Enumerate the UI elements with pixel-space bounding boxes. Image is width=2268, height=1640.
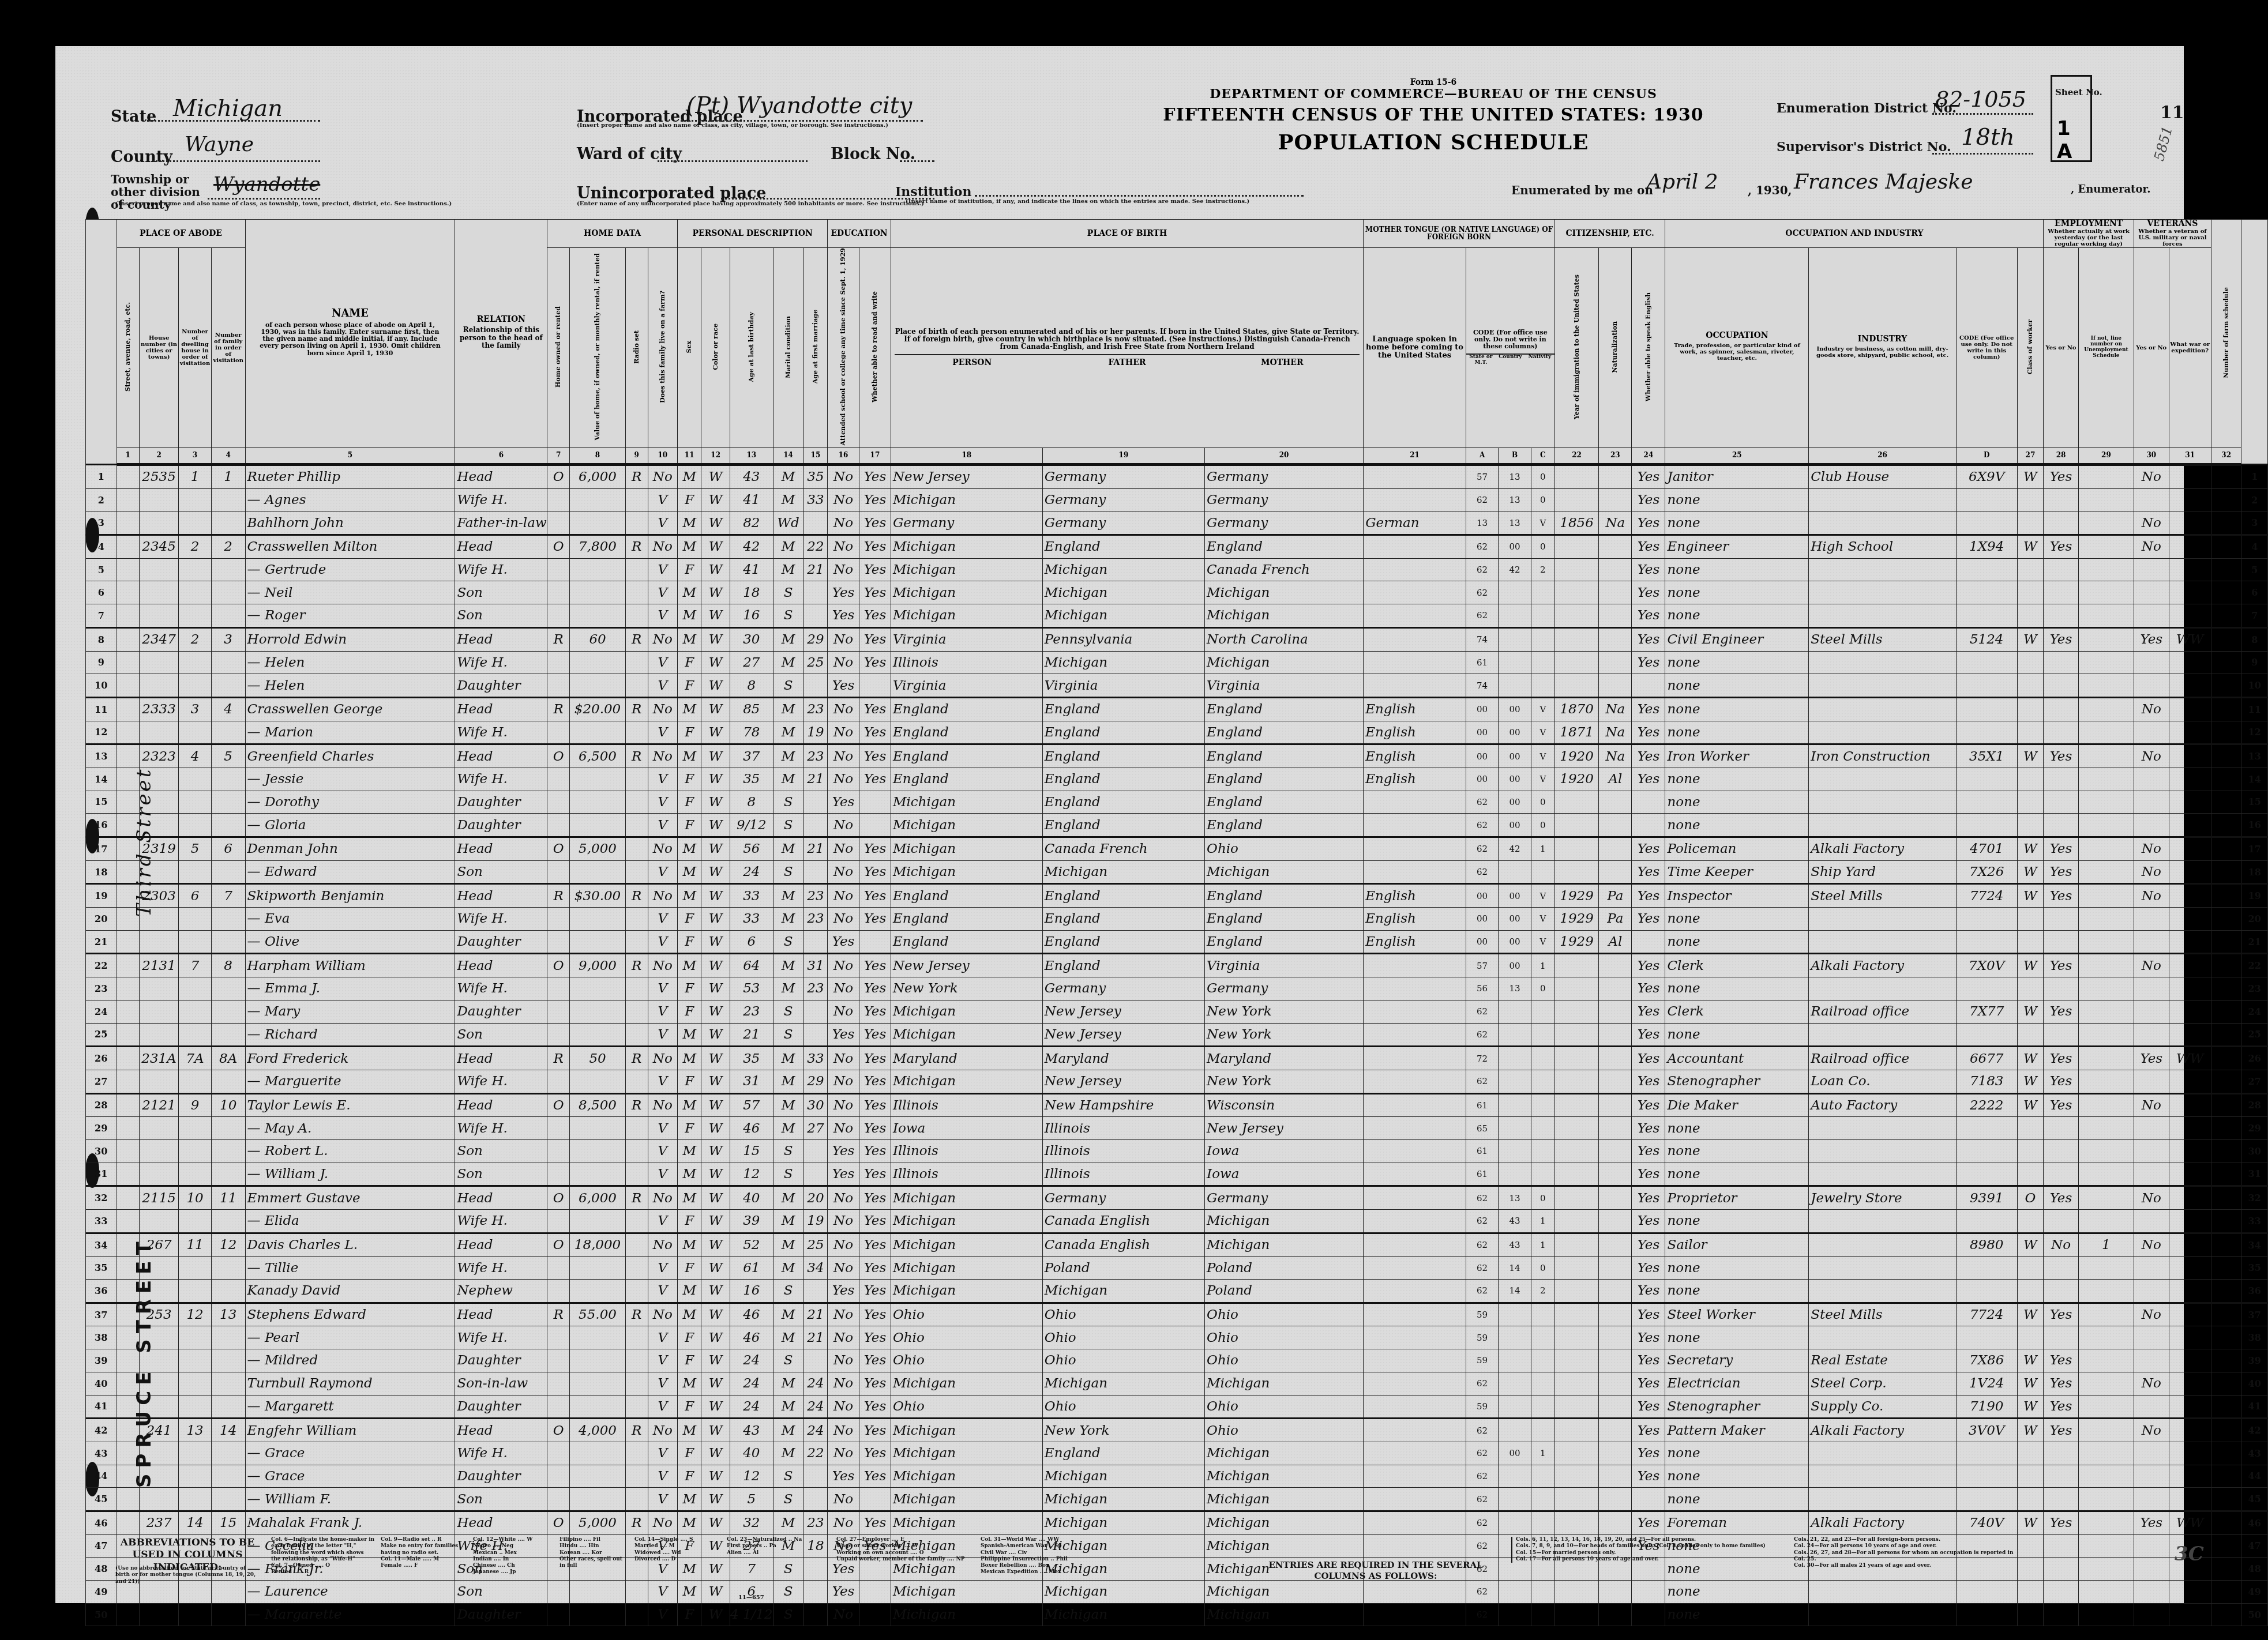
immigration-year-cell [1554, 535, 1598, 559]
code-b-cell: 00 [1499, 721, 1531, 744]
dwelling-number-cell [179, 1372, 211, 1395]
school-cell: No [828, 977, 859, 1000]
first-marriage-cell: 24 [803, 1419, 828, 1442]
language-cell [1364, 1280, 1466, 1303]
veteran-cell: No [2134, 954, 2169, 977]
code-c-cell: 0 [1531, 977, 1554, 1000]
mother-birthplace-cell: Michigan [1205, 860, 1364, 884]
code-a-cell: 62 [1466, 1603, 1498, 1626]
street-cell [117, 954, 139, 977]
class-of-worker-cell: W [2017, 1395, 2044, 1419]
farm-schedule-cell [2211, 465, 2241, 489]
first-marriage-cell: 23 [803, 744, 828, 768]
radio-cell [625, 977, 648, 1000]
name-cell: — Mildred [245, 1349, 455, 1372]
at-work-cell: Yes [2044, 1349, 2079, 1372]
language-cell [1364, 1070, 1466, 1093]
mother-birthplace-cell: Ohio [1205, 1326, 1364, 1349]
birthplace-cell: Michigan [891, 1511, 1042, 1534]
class-of-worker-cell: W [2017, 744, 2044, 768]
occupation-cell: none [1665, 1326, 1809, 1349]
code-c-cell [1531, 581, 1554, 604]
right-line-number: 26 [2241, 1047, 2268, 1070]
mother-birthplace-cell: Maryland [1205, 1047, 1364, 1070]
read-write-cell: Yes [859, 1395, 891, 1419]
industry-cell: High School [1809, 535, 1957, 559]
right-line-number: 25 [2241, 1023, 2268, 1047]
war-cell [2169, 674, 2211, 698]
relation-cell: Daughter [455, 814, 547, 837]
school-cell: No [828, 814, 859, 837]
read-write-cell: Yes [859, 1280, 891, 1303]
name-cell: Stephens Edward [245, 1303, 455, 1326]
sex-cell: M [677, 1511, 701, 1534]
home-owned-cell [547, 651, 570, 674]
birthplace-cell: New York [891, 977, 1042, 1000]
first-marriage-cell [803, 814, 828, 837]
age-cell: 16 [730, 1280, 773, 1303]
sex-cell: F [677, 674, 701, 698]
race-cell: W [701, 465, 730, 489]
home-owned-cell [547, 1395, 570, 1419]
class-of-worker-cell [2017, 581, 2044, 604]
home-value-cell: $30.00 [570, 884, 626, 908]
read-write-cell: Yes [859, 837, 891, 861]
mother-birthplace-cell: Michigan [1205, 1511, 1364, 1534]
race-cell: W [701, 1349, 730, 1372]
race-cell: W [701, 1465, 730, 1488]
unemployment-line-cell [2078, 1442, 2134, 1465]
naturalization-cell [1599, 1023, 1632, 1047]
relation-cell: Head [455, 697, 547, 721]
naturalization-cell [1599, 674, 1632, 698]
occ-code-cell [1956, 674, 2017, 698]
radio-cell [625, 930, 648, 954]
place-of-abode-header: PLACE OF ABODE [117, 220, 245, 248]
industry-cell [1809, 1117, 1957, 1140]
unemployment-line-header: If not, line number on Unemployment Sche… [2078, 248, 2134, 448]
right-line-number: 19 [2241, 884, 2268, 908]
code-c-cell [1531, 1023, 1554, 1047]
code-b-cell [1499, 860, 1531, 884]
school-cell: No [828, 768, 859, 791]
speak-english-header: Whether able to speak English [1632, 248, 1665, 448]
read-write-cell: Yes [859, 768, 891, 791]
family-number-cell: 8A [211, 1047, 245, 1070]
farm-schedule-cell [2211, 651, 2241, 674]
naturalization-cell: Pa [1599, 908, 1632, 931]
class-of-worker-cell [2017, 1210, 2044, 1233]
farm-cell: V [648, 1372, 677, 1395]
naturalization-cell [1599, 1000, 1632, 1023]
veteran-cell [2134, 1210, 2169, 1233]
speak-english-cell: Yes [1632, 558, 1665, 581]
table-row: 14— JessieWife H.VFW35M21NoYesEnglandEng… [86, 768, 2268, 791]
birthplace-cell: Michigan [891, 1210, 1042, 1233]
code-a-cell: 61 [1466, 1093, 1498, 1117]
immigration-year-header: Year of immigration to the United States [1554, 248, 1598, 448]
veteran-yes-no-header: Yes or No [2134, 248, 2169, 448]
read-write-cell [859, 1488, 891, 1511]
birthplace-cell: Michigan [891, 535, 1042, 559]
marital-header: Marital condition [773, 248, 803, 448]
first-marriage-cell: 21 [803, 558, 828, 581]
read-write-cell: Yes [859, 558, 891, 581]
immigration-year-cell [1554, 604, 1598, 628]
radio-cell [625, 1000, 648, 1023]
line-number: 6 [86, 581, 117, 604]
occ-code-cell [1956, 1023, 2017, 1047]
industry-cell: Alkali Factory [1809, 954, 1957, 977]
mother-birthplace-cell: Germany [1205, 465, 1364, 489]
farm-cell: V [648, 674, 677, 698]
farm-schedule-cell [2211, 837, 2241, 861]
code-header: CODE (For office use only. Do not write … [1466, 248, 1554, 448]
sex-cell: M [677, 954, 701, 977]
occ-code-cell [1956, 1139, 2017, 1163]
right-line-number: 48 [2241, 1558, 2268, 1581]
language-header: Language spoken in home before coming to… [1364, 248, 1466, 448]
language-cell [1364, 954, 1466, 977]
read-write-cell [859, 1603, 891, 1626]
house-number-cell: 2131 [139, 954, 179, 977]
at-work-cell [2044, 814, 2079, 837]
table-row: 11233334Crasswellen GeorgeHeadR$20.00RNo… [86, 697, 2268, 721]
township-note: (Insert proper name and also name of cla… [115, 201, 452, 207]
industry-cell [1809, 768, 1957, 791]
farm-schedule-cell [2211, 721, 2241, 744]
table-row: 16— GloriaDaughterVFW9/12SNoMichiganEngl… [86, 814, 2268, 837]
war-cell [2169, 535, 2211, 559]
age-cell: 24 [730, 1372, 773, 1395]
farm-schedule-cell [2211, 1163, 2241, 1186]
relation-cell: Head [455, 1186, 547, 1210]
right-line-number: 50 [2241, 1603, 2268, 1626]
sex-cell: F [677, 1117, 701, 1140]
name-cell: Harpham William [245, 954, 455, 977]
birthplace-cell: Michigan [891, 791, 1042, 814]
farm-cell: V [648, 1023, 677, 1047]
right-line-number: 37 [2241, 1303, 2268, 1326]
language-cell [1364, 1372, 1466, 1395]
at-work-cell [2044, 1442, 2079, 1465]
code-b-cell [1499, 1303, 1531, 1326]
radio-cell: R [625, 884, 648, 908]
home-value-cell [570, 814, 626, 837]
war-cell [2169, 884, 2211, 908]
home-value-cell: 4,000 [570, 1419, 626, 1442]
right-line-number: 12 [2241, 721, 2268, 744]
class-of-worker-cell: W [2017, 627, 2044, 651]
read-write-cell: Yes [859, 651, 891, 674]
sex-cell: F [677, 1326, 701, 1349]
dwelling-number-cell [179, 1349, 211, 1372]
dwelling-number-cell [179, 1163, 211, 1186]
father-birthplace-cell: Michigan [1042, 558, 1204, 581]
unemployment-line-cell [2078, 1070, 2134, 1093]
mother-birthplace-cell: Michigan [1205, 1442, 1364, 1465]
enumerated-year: , 1930, [1748, 183, 1792, 197]
industry-cell: Railroad office [1809, 1000, 1957, 1023]
farm-schedule-cell [2211, 930, 2241, 954]
name-cell: Ford Frederick [245, 1047, 455, 1070]
father-birthplace-cell: New York [1042, 1419, 1204, 1442]
language-cell [1364, 1349, 1466, 1372]
street-cell [117, 1139, 139, 1163]
read-write-cell [859, 674, 891, 698]
dwelling-number-cell [179, 721, 211, 744]
census-title: FIFTEENTH CENSUS OF THE UNITED STATES: 1… [1058, 105, 1808, 125]
name-cell: — May A. [245, 1117, 455, 1140]
farm-cell: No [648, 837, 677, 861]
home-owned-cell [547, 1257, 570, 1280]
home-value-cell [570, 1442, 626, 1465]
speak-english-cell: Yes [1632, 535, 1665, 559]
industry-cell: Ship Yard [1809, 860, 1957, 884]
family-number-cell: 5 [211, 744, 245, 768]
home-value-cell [570, 721, 626, 744]
right-line-number: 10 [2241, 674, 2268, 698]
class-of-worker-cell [2017, 604, 2044, 628]
mother-birthplace-cell: England [1205, 721, 1364, 744]
father-birthplace-cell: New Jersey [1042, 1023, 1204, 1047]
first-marriage-cell [803, 674, 828, 698]
speak-english-cell: Yes [1632, 1000, 1665, 1023]
mother-birthplace-cell: Ohio [1205, 1395, 1364, 1419]
speak-english-cell: Yes [1632, 1117, 1665, 1140]
home-value-cell: $20.00 [570, 697, 626, 721]
at-work-cell [2044, 697, 2079, 721]
code-b-cell [1499, 1511, 1531, 1534]
language-cell [1364, 837, 1466, 861]
occ-code-cell [1956, 697, 2017, 721]
read-write-cell: Yes [859, 954, 891, 977]
birthplace-cell: Michigan [891, 1488, 1042, 1511]
home-value-cell [570, 1070, 626, 1093]
family-number-cell: 13 [211, 1303, 245, 1326]
corner-mark: 3C [2175, 1543, 2204, 1566]
farm-cell: V [648, 1395, 677, 1419]
relation-cell: Head [455, 1047, 547, 1070]
class-of-worker-cell: W [2017, 860, 2044, 884]
table-row: 23— Emma J.Wife H.VFW53M23NoYesNew YorkG… [86, 977, 2268, 1000]
marital-cell: M [773, 535, 803, 559]
home-owned-cell [547, 1326, 570, 1349]
unemployment-line-cell [2078, 1372, 2134, 1395]
age-cell: 40 [730, 1442, 773, 1465]
at-work-cell [2044, 1139, 2079, 1163]
at-work-cell: Yes [2044, 884, 2079, 908]
home-owned-cell [547, 1465, 570, 1488]
marital-cell: M [773, 1093, 803, 1117]
race-cell: W [701, 511, 730, 535]
dwelling-number-cell [179, 1023, 211, 1047]
marital-cell: M [773, 977, 803, 1000]
class-of-worker-cell [2017, 674, 2044, 698]
immigration-year-cell [1554, 1163, 1598, 1186]
immigration-year-cell [1554, 1465, 1598, 1488]
birthplace-cell: Michigan [891, 1603, 1042, 1626]
read-write-cell: Yes [859, 627, 891, 651]
industry-cell: Supply Co. [1809, 1395, 1957, 1419]
father-birthplace-cell: New Hampshire [1042, 1093, 1204, 1117]
sex-cell: M [677, 1163, 701, 1186]
race-cell: W [701, 814, 730, 837]
house-number-cell: 2347 [139, 627, 179, 651]
table-row: 25— RichardSonVMW21SYesYesMichiganNew Je… [86, 1023, 2268, 1047]
unemployment-line-cell [2078, 860, 2134, 884]
occ-code-cell: 1X94 [1956, 535, 2017, 559]
code-a-cell: 62 [1466, 604, 1498, 628]
code-c-cell: 0 [1531, 465, 1554, 489]
war-cell [2169, 1233, 2211, 1257]
sd-value: 18th [1961, 124, 2015, 151]
first-marriage-cell: 24 [803, 1372, 828, 1395]
language-cell [1364, 1257, 1466, 1280]
unemployment-line-cell [2078, 768, 2134, 791]
immigration-year-cell [1554, 1023, 1598, 1047]
veteran-cell [2134, 674, 2169, 698]
immigration-year-cell [1554, 1603, 1598, 1626]
relation-cell: Son [455, 1023, 547, 1047]
sd-label: Supervisor's District No. [1777, 140, 1951, 155]
father-birthplace-cell: Michigan [1042, 1488, 1204, 1511]
immigration-year-cell [1554, 1117, 1598, 1140]
age-cell: 41 [730, 558, 773, 581]
unemployment-line-cell [2078, 1349, 2134, 1372]
farm-cell: V [648, 791, 677, 814]
family-number-header: Number of family in order of visitation [211, 248, 245, 448]
name-cell: — Roger [245, 604, 455, 628]
occ-code-cell: 7183 [1956, 1070, 2017, 1093]
father-birthplace-cell: Pennsylvania [1042, 627, 1204, 651]
read-write-cell: Yes [859, 604, 891, 628]
code-b-cell: 14 [1499, 1257, 1531, 1280]
name-cell: — Dorothy [245, 791, 455, 814]
race-header: Color or race [701, 248, 730, 448]
marital-cell: M [773, 1326, 803, 1349]
first-marriage-cell [803, 1603, 828, 1626]
radio-cell [625, 1210, 648, 1233]
read-write-cell: Yes [859, 1186, 891, 1210]
code-b-cell: 00 [1499, 535, 1531, 559]
county-value: Wayne [185, 133, 254, 156]
class-of-worker-cell [2017, 1257, 2044, 1280]
school-cell: No [828, 488, 859, 511]
race-cell: W [701, 488, 730, 511]
dwelling-number-cell [179, 1395, 211, 1419]
unemployment-line-cell [2078, 697, 2134, 721]
school-cell: No [828, 1047, 859, 1070]
mother-birthplace-cell: Michigan [1205, 1233, 1364, 1257]
table-row: 30— Robert L.SonVMW15SYesYesIllinoisIlli… [86, 1139, 2268, 1163]
marital-cell: S [773, 814, 803, 837]
code-c-cell: V [1531, 511, 1554, 535]
code-c-cell [1531, 604, 1554, 628]
read-write-cell: Yes [859, 1210, 891, 1233]
farm-schedule-cell [2211, 1465, 2241, 1488]
occupation-cell: none [1665, 1117, 1809, 1140]
line-number: 12 [86, 721, 117, 744]
veteran-cell: No [2134, 1233, 2169, 1257]
occ-code-cell: 35X1 [1956, 744, 2017, 768]
table-row: 10— HelenDaughterVFW8SYesVirginiaVirgini… [86, 674, 2268, 698]
industry-cell [1809, 1257, 1957, 1280]
line-number: 9 [86, 651, 117, 674]
mother-birthplace-cell: Germany [1205, 511, 1364, 535]
immigration-year-cell [1554, 488, 1598, 511]
occ-code-cell [1956, 1488, 2017, 1511]
code-a-cell: 62 [1466, 814, 1498, 837]
relation-cell: Son [455, 1139, 547, 1163]
naturalization-cell [1599, 1186, 1632, 1210]
farm-schedule-cell [2211, 1603, 2241, 1626]
abbrev-col14: Col. 14—Single .... S Married .... M Wid… [634, 1537, 715, 1563]
township-value: Wyandotte [213, 173, 320, 196]
code-b-cell: 00 [1499, 768, 1531, 791]
marital-cell: S [773, 1139, 803, 1163]
industry-cell [1809, 1023, 1957, 1047]
age-cell: 31 [730, 1070, 773, 1093]
occupation-cell: Die Maker [1665, 1093, 1809, 1117]
language-cell [1364, 535, 1466, 559]
school-cell: No [828, 558, 859, 581]
race-cell: W [701, 1372, 730, 1395]
race-cell: W [701, 860, 730, 884]
speak-english-cell [1632, 930, 1665, 954]
at-work-cell [2044, 1163, 2079, 1186]
code-b-cell [1499, 1465, 1531, 1488]
school-cell: No [828, 1395, 859, 1419]
marital-cell: M [773, 1210, 803, 1233]
industry-cell [1809, 1442, 1957, 1465]
farm-cell: V [648, 1257, 677, 1280]
occupation-cell: none [1665, 814, 1809, 837]
occupation-cell: none [1665, 930, 1809, 954]
age-cell: 5 [730, 1488, 773, 1511]
family-number-cell [211, 1395, 245, 1419]
race-cell: W [701, 1303, 730, 1326]
age-cell: 16 [730, 604, 773, 628]
home-owned-cell: O [547, 837, 570, 861]
right-line-number: 27 [2241, 1070, 2268, 1093]
occ-code-cell: 3V0V [1956, 1419, 2017, 1442]
radio-cell [625, 558, 648, 581]
line-number: 39 [86, 1349, 117, 1372]
right-line-number: 46 [2241, 1511, 2268, 1534]
marital-cell: S [773, 581, 803, 604]
table-row: 40Turnbull RaymondSon-in-lawVMW24M24NoYe… [86, 1372, 2268, 1395]
dwelling-number-cell: 4 [179, 744, 211, 768]
code-c-cell: 0 [1531, 488, 1554, 511]
age-cell: 43 [730, 465, 773, 489]
first-marriage-cell: 20 [803, 1186, 828, 1210]
age-cell: 18 [730, 581, 773, 604]
home-owned-cell [547, 814, 570, 837]
right-line-number: 34 [2241, 1233, 2268, 1257]
name-cell: — Margarett [245, 1395, 455, 1419]
incorporated-note: (Insert proper name and also name of cla… [577, 122, 888, 129]
dwelling-number-cell: 9 [179, 1093, 211, 1117]
table-row: 18— EdwardSonVMW24SNoYesMichiganMichigan… [86, 860, 2268, 884]
abbrev-col12b: Filipino .... Fil Hindu .... Hin Korean … [560, 1537, 623, 1569]
age-cell: 42 [730, 535, 773, 559]
code-b-cell [1499, 1000, 1531, 1023]
code-a-cell: 62 [1466, 837, 1498, 861]
sheet-label: Sheet No. [2055, 87, 2102, 97]
farm-cell: No [648, 535, 677, 559]
unemployment-line-cell [2078, 744, 2134, 768]
